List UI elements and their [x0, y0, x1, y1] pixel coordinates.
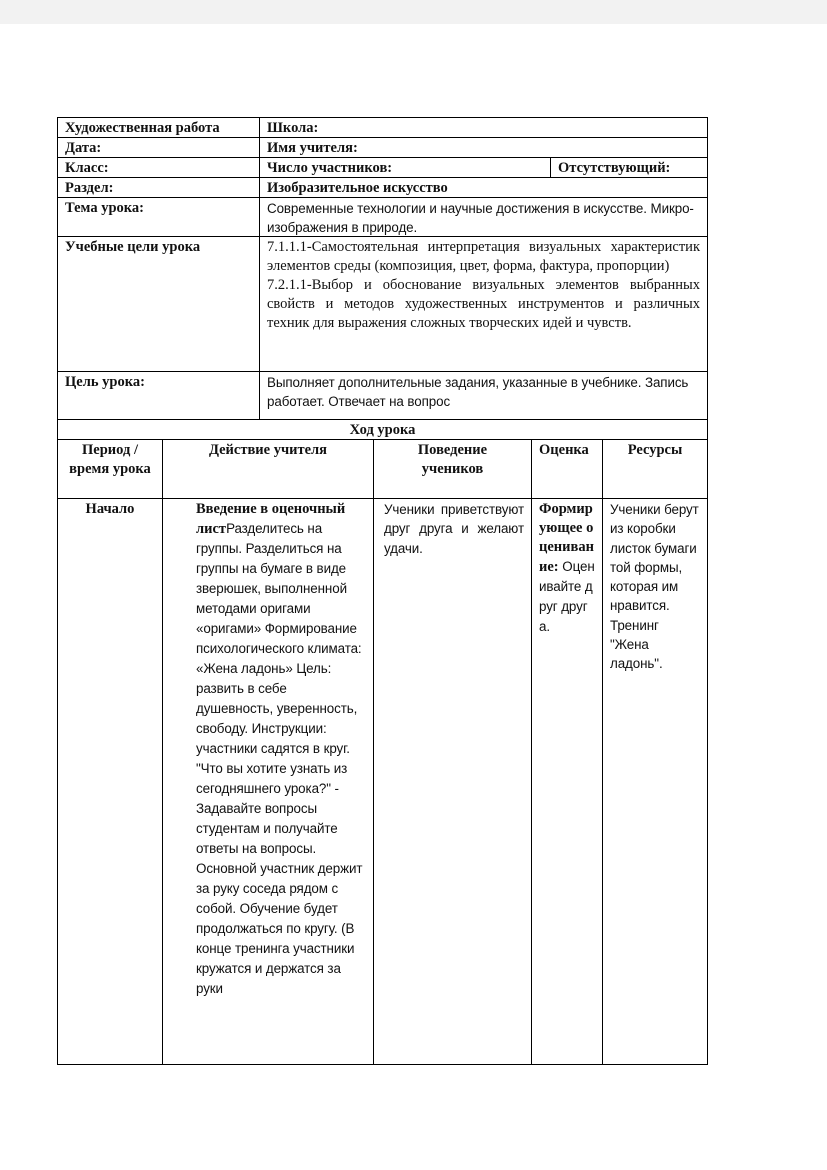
- topic-label: Тема урока:: [57, 197, 260, 237]
- resources-cell: Ученики берут из коробки листок бумаги т…: [602, 498, 708, 1065]
- lesson-aim-label: Цель урока:: [57, 371, 260, 420]
- col-header-teacher-action: Действие учителя: [162, 439, 374, 499]
- section-label: Раздел:: [57, 177, 260, 198]
- course-title: Ход урока: [57, 419, 708, 440]
- teacher-action-cell: Введение в оценочный листРазделитесь на …: [162, 498, 374, 1065]
- period-cell: Начало: [57, 498, 163, 1065]
- learning-goals-label: Учебные цели урока: [57, 236, 260, 372]
- teacher-name-label: Имя учителя:: [259, 137, 708, 158]
- subject-label: Художественная работа: [57, 117, 260, 138]
- learning-goal-1: 7.1.1.1-Самостоятельная интерпретация ви…: [267, 238, 700, 276]
- col-header-resources: Ресурсы: [602, 439, 708, 499]
- participants-label: Число участников:: [259, 157, 551, 178]
- school-label: Школа:: [259, 117, 708, 138]
- col-header-period: Период / время урока: [57, 439, 163, 499]
- col-header-assessment: Оценка: [531, 439, 603, 499]
- learning-goals-value: 7.1.1.1-Самостоятельная интерпретация ви…: [259, 236, 708, 372]
- date-label: Дата:: [57, 137, 260, 158]
- lesson-aim-value: Выполняет дополнительные задания, указан…: [259, 371, 708, 420]
- class-label: Класс:: [57, 157, 260, 178]
- learning-goal-2: 7.2.1.1-Выбор и обоснование визуальных э…: [267, 276, 700, 333]
- topic-value: Современные технологии и научные достиже…: [259, 197, 708, 237]
- teacher-action-text: Разделитесь на группы. Разделиться на гр…: [196, 521, 362, 996]
- absent-label: Отсутствующий:: [550, 157, 708, 178]
- section-value: Изобразительное искусство: [259, 177, 708, 198]
- student-behavior-cell: Ученики приветствуют друг друга и желают…: [373, 498, 532, 1065]
- assessment-cell: Формирующее оценивание: Оценивайте друг …: [531, 498, 603, 1065]
- viewer-toolbar: [0, 0, 827, 24]
- col-header-student-behavior: Поведение учеников: [373, 439, 532, 499]
